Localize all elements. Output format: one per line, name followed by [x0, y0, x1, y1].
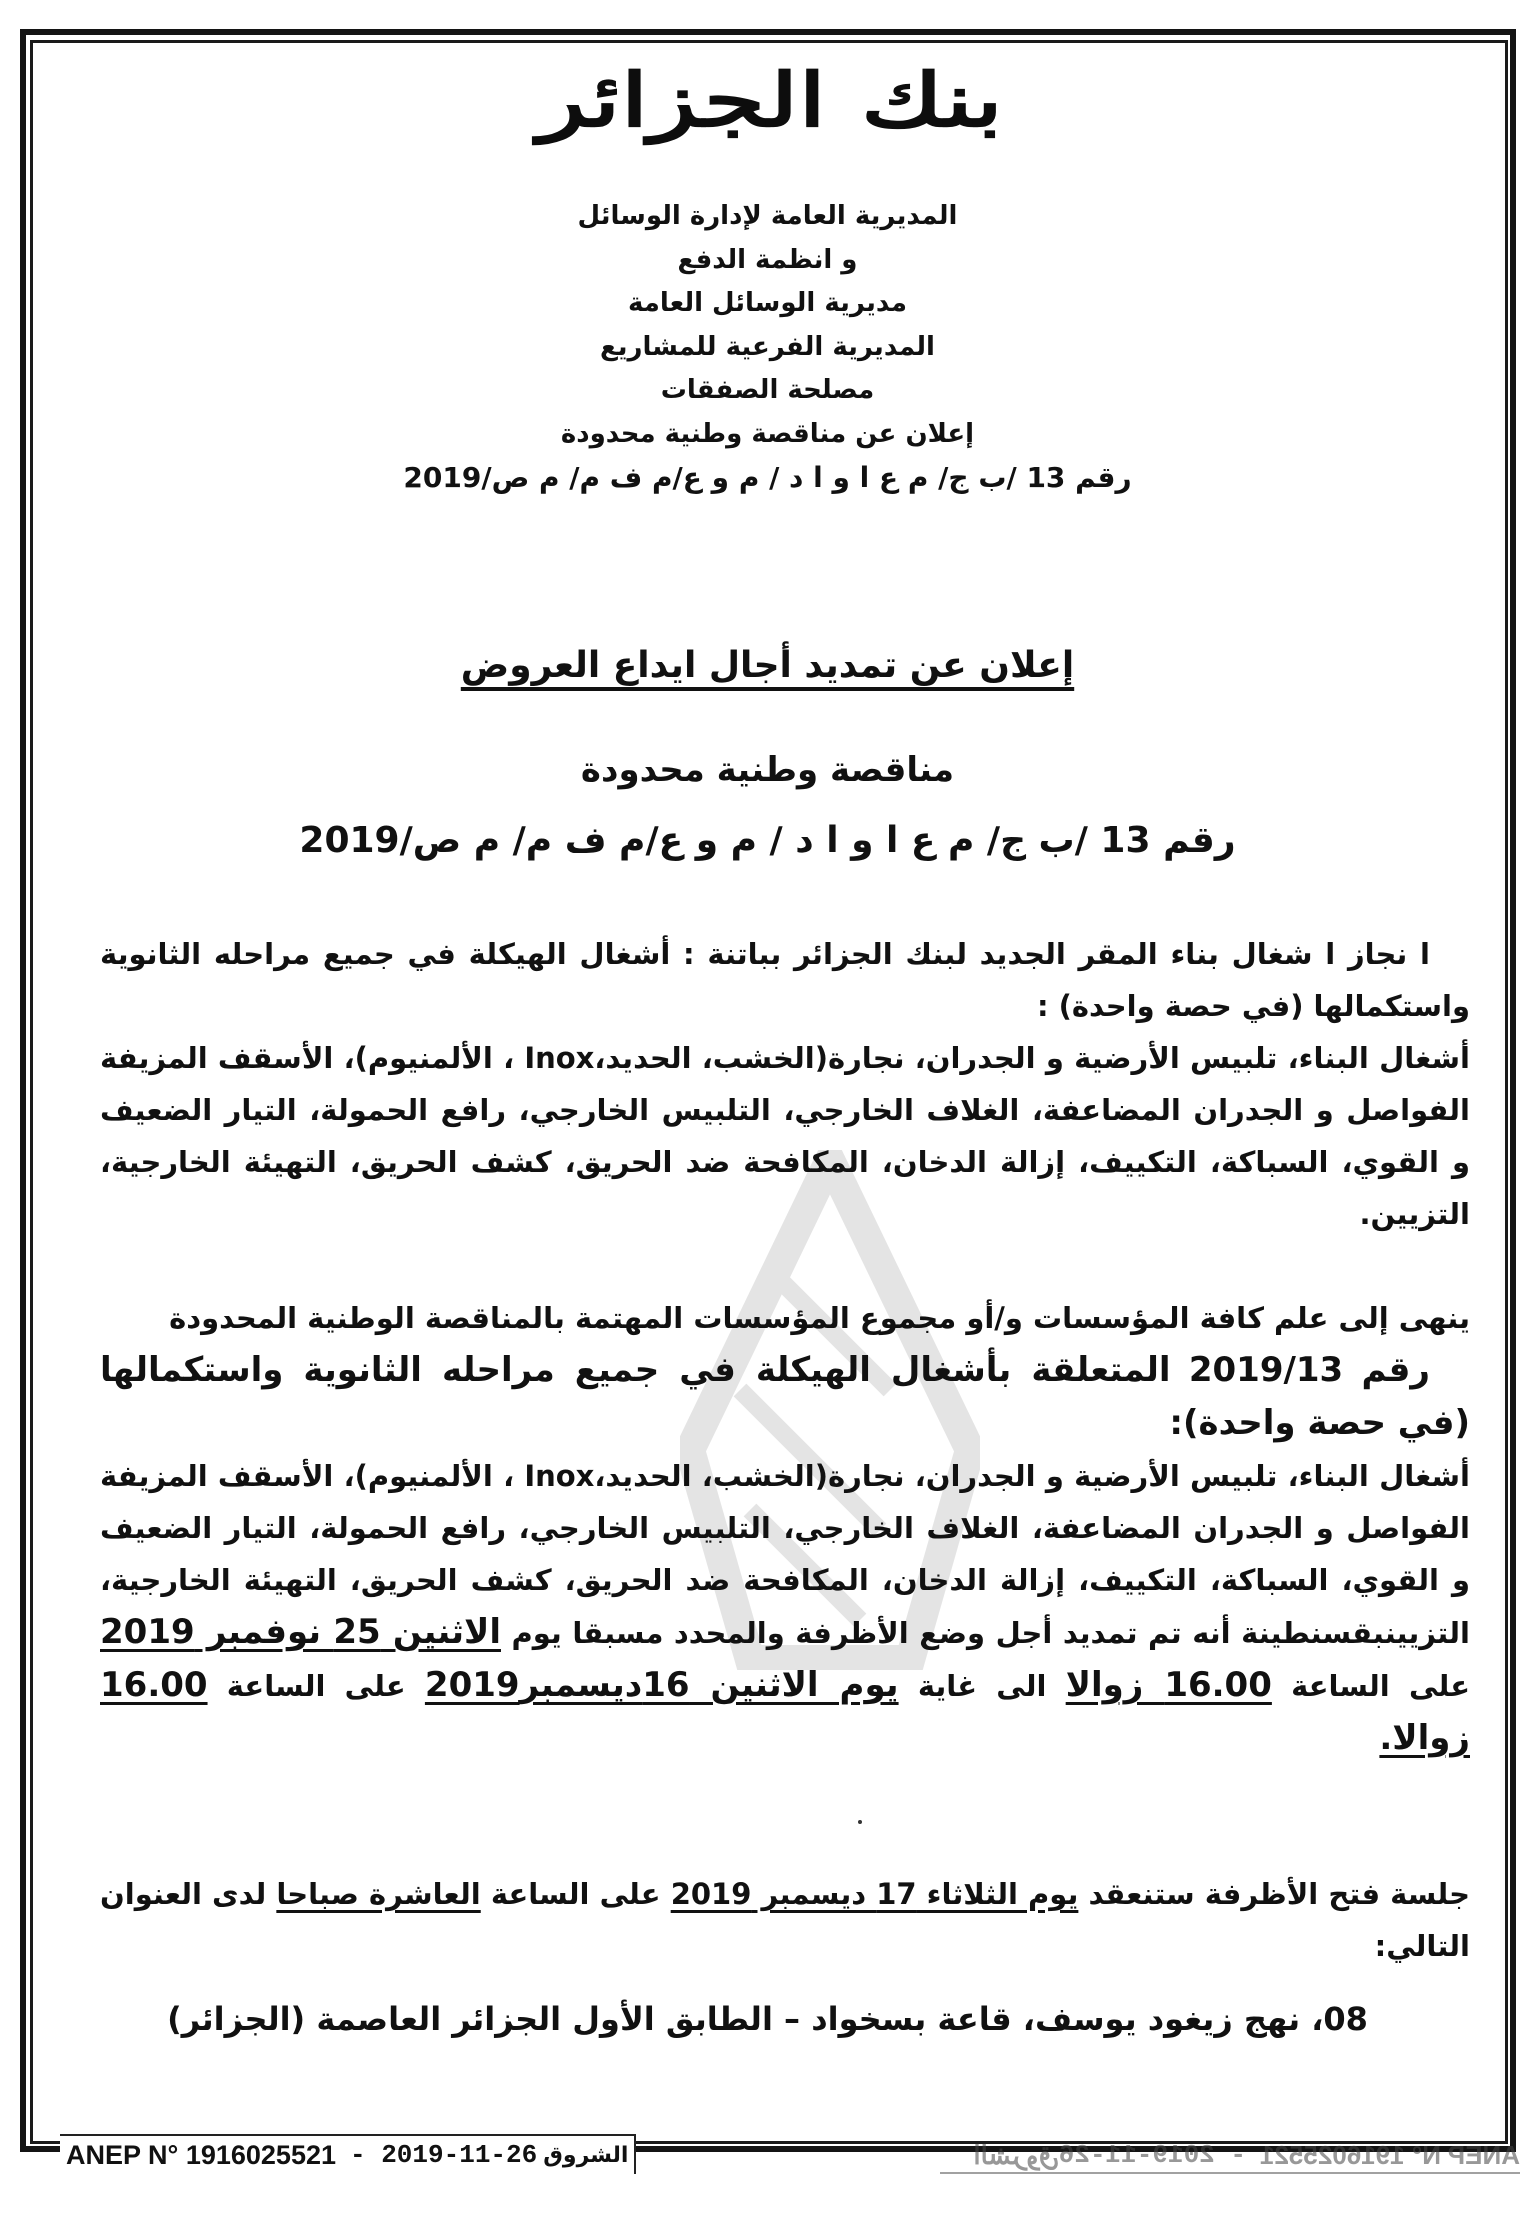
- issuer-header: المديرية العامة لإدارة الوسائل و انظمة ا…: [0, 195, 1535, 500]
- header-line-projects: المديرية الفرعية للمشاريع: [0, 326, 1535, 370]
- mirrored-newspaper: الشروق: [973, 2140, 1058, 2171]
- opening-time: العاشرة صباحا: [276, 1877, 480, 1911]
- mirrored-footer-bleedthrough: ANEP N° 1916025521 - 2019-11-26 الشروق: [940, 2138, 1520, 2174]
- opening-on-hour: على الساعة: [491, 1877, 661, 1911]
- project-intro: ا نجاز ا شغال بناء المقر الجديد لبنك الج…: [100, 937, 1470, 1023]
- mirrored-date: - 2019-11-26: [1059, 2140, 1246, 2170]
- project-description: ا نجاز ا شغال بناء المقر الجديد لبنك الج…: [100, 928, 1470, 1240]
- new-deadline-date: يوم الاثنين 16ديسمبر2019: [425, 1665, 899, 1705]
- header-line-general-means: مديرية الوسائل العامة: [0, 282, 1535, 326]
- extension-notice: ينهى إلى علم كافة المؤسسات و/أو مجموع ال…: [100, 1292, 1470, 1765]
- on-word: على: [1409, 1669, 1470, 1703]
- city: بقسنطينة: [1241, 1616, 1385, 1650]
- mirrored-anep-number: ANEP N° 1916025521: [1260, 2140, 1520, 2171]
- opening-prefix: جلسة فتح الأظرفة ستنعقد: [1088, 1877, 1470, 1911]
- notice-text: ينهى إلى علم كافة المؤسسات و/أو مجموع ال…: [169, 1301, 1470, 1335]
- logo-calligraphy: بنك الجزائر: [537, 58, 1002, 144]
- ref-number: 2019/13: [1189, 1350, 1343, 1390]
- header-line-payment-systems: و انظمة الدفع: [0, 239, 1535, 283]
- ref-prefix: رقم: [1361, 1350, 1430, 1390]
- new-deadline-on-hour: على الساعة: [227, 1669, 406, 1703]
- until-word: الى غاية: [918, 1669, 1047, 1703]
- old-deadline-date: الاثنين 25 نوفمبر 2019: [100, 1612, 501, 1652]
- bank-of-algeria-logo: بنك الجزائر: [480, 46, 1060, 156]
- publication-date: - 2019-11-26: [350, 2140, 537, 2170]
- scanned-document-page: بنك الجزائر المديرية العامة لإدارة الوسا…: [0, 0, 1535, 2234]
- header-line-reference: رقم 13 /ب ج/ م ع ا و ا د / م و ع/م ف م/ …: [0, 456, 1535, 500]
- newspaper-name: الشروق: [543, 2143, 628, 2168]
- title-text: إعلان عن تمديد أجال ايداع العروض: [461, 645, 1074, 686]
- hour-label: الساعة: [1291, 1669, 1390, 1703]
- opening-session: جلسة فتح الأظرفة ستنعقد يوم الثلاثاء 17 …: [100, 1868, 1470, 1972]
- extension-text: أنه تم تمديد أجل وضع الأظرفة والمحدد مسب…: [512, 1616, 1231, 1650]
- address: 08، نهج زيغود يوسف، قاعة بسخواد – الطابق…: [0, 2000, 1535, 2038]
- project-works-list: أشغال البناء، تلبيس الأرضية و الجدران، ن…: [100, 1041, 1470, 1231]
- old-deadline-time: 16.00 زوالا: [1066, 1665, 1272, 1705]
- scan-speck: [858, 1820, 862, 1824]
- tender-reference: رقم 13 /ب ج/ م ع ا و ا د / م و ع/م ف م/ …: [0, 820, 1535, 861]
- header-line-tender-notice: إعلان عن مناقصة وطنية محدودة: [0, 413, 1535, 457]
- header-line-contracts: مصلحة الصفقات: [0, 369, 1535, 413]
- anep-footer-stamp: ANEP N° 1916025521 - 2019-11-26 الشروق: [60, 2134, 636, 2174]
- anep-number: ANEP N° 1916025521: [66, 2140, 336, 2171]
- header-line-directorate: المديرية العامة لإدارة الوسائل: [0, 195, 1535, 239]
- page-title: إعلان عن تمديد أجال ايداع العروض: [0, 645, 1535, 686]
- opening-date: يوم الثلاثاء 17 ديسمبر 2019: [671, 1877, 1079, 1911]
- subtitle: مناقصة وطنية محدودة: [0, 750, 1535, 790]
